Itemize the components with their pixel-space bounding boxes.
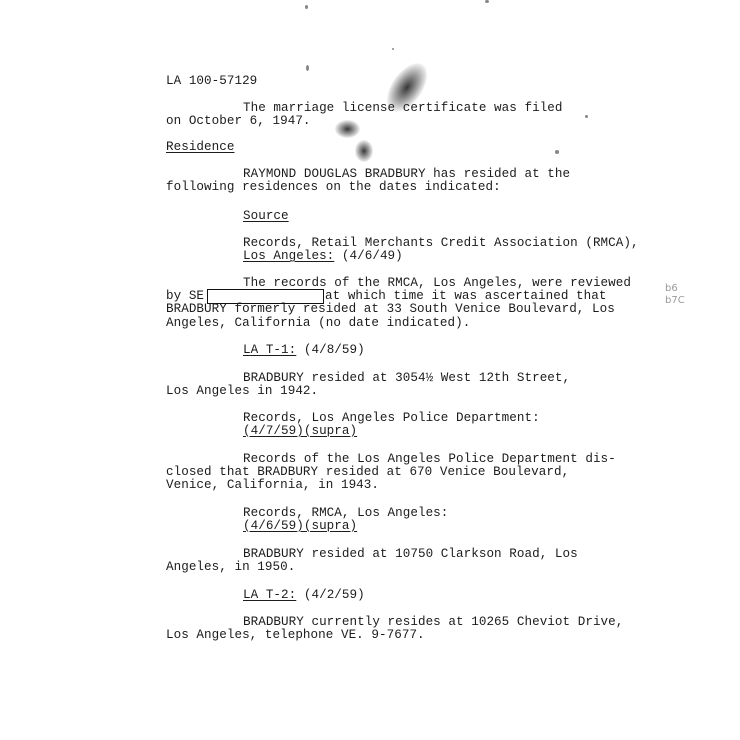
scan-speck (555, 150, 559, 154)
entry-3-text-line-2: closed that BRADBURY resided at 670 Veni… (166, 465, 569, 479)
section-heading-residence: Residence (166, 140, 234, 154)
file-number: LA 100-57129 (166, 74, 257, 88)
entry-3-source-line-1: Records, Los Angeles Police Department: (243, 411, 540, 425)
entry-1-text-line-4: Angeles, California (no date indicated). (166, 316, 470, 330)
entry-2-text-line-2: Los Angeles in 1942. (166, 384, 318, 398)
residence-intro-line-2: following residences on the dates indica… (166, 180, 501, 194)
intro-line-1: The marriage license certificate was fil… (243, 101, 563, 115)
entry-4-text-line-2: Angeles, in 1950. (166, 560, 295, 574)
entry-5-source-date: (4/2/59) (296, 588, 364, 602)
scan-speck (585, 115, 588, 118)
entry-3-text-line-1: Records of the Los Angeles Police Depart… (243, 452, 616, 466)
entry-2-source-name: LA T-1: (243, 343, 296, 357)
entry-4-text-line-1: BRADBURY resided at 10750 Clarkson Road,… (243, 547, 578, 561)
scan-speck (306, 65, 309, 71)
entry-2-source: LA T-1: (4/8/59) (243, 343, 365, 357)
entry-3-text-line-3: Venice, California, in 1943. (166, 478, 379, 492)
entry-5-source-name: LA T-2: (243, 588, 296, 602)
entry-5-source: LA T-2: (4/2/59) (243, 588, 365, 602)
entry-2-text-line-1: BRADBURY resided at 3054½ West 12th Stre… (243, 371, 570, 385)
exemption-code-b6: b6 (665, 283, 678, 294)
entry-5-text-line-1: BRADBURY currently resides at 10265 Chev… (243, 615, 623, 629)
intro-line-2: on October 6, 1947. (166, 114, 311, 128)
entry-2-source-date: (4/8/59) (296, 343, 364, 357)
entry-1-text-line-2b: at which time it was ascertained that (325, 289, 606, 303)
residence-intro-line-1: RAYMOND DOUGLAS BRADBURY has resided at … (243, 167, 570, 181)
document-page: LA 100-57129 The marriage license certif… (0, 0, 740, 740)
entry-4-source-line-1: Records, RMCA, Los Angeles: (243, 506, 448, 520)
entry-1-text-line-3: BRADBURY formerly resided at 33 South Ve… (166, 302, 615, 316)
entry-3-source-line-2: (4/7/59)(supra) (243, 424, 357, 438)
entry-1-source-name: Los Angeles: (243, 249, 334, 263)
entry-1-source-date: (4/6/49) (334, 249, 402, 263)
scan-speck (485, 0, 489, 3)
entry-4-source-line-2: (4/6/59)(supra) (243, 519, 357, 533)
exemption-code-b7c: b7C (665, 295, 685, 306)
entry-1-text-line-1: The records of the RMCA, Los Angeles, we… (243, 276, 631, 290)
scan-smudge (355, 140, 373, 162)
source-heading: Source (243, 209, 289, 223)
scan-speck (305, 5, 308, 9)
entry-1-text-line-2a: by SE (166, 289, 204, 303)
scan-speck (392, 48, 394, 50)
entry-1-source-line-1: Records, Retail Merchants Credit Associa… (243, 236, 639, 250)
entry-1-source-line-2: Los Angeles: (4/6/49) (243, 249, 403, 263)
entry-5-text-line-2: Los Angeles, telephone VE. 9-7677. (166, 628, 425, 642)
scan-smudge (335, 120, 360, 138)
